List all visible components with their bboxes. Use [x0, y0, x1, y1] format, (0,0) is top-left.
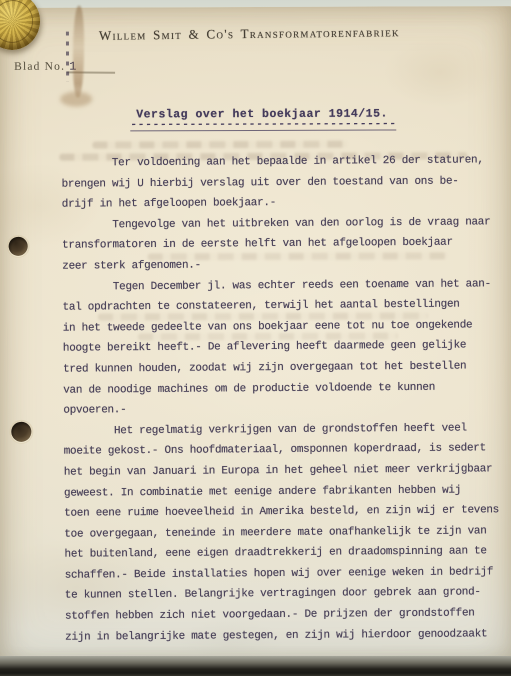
paragraph-2: Tengevolge van het uitbreken van den oor… — [62, 212, 497, 277]
paragraph-3: Tegen December jl. was echter reeds een … — [62, 274, 498, 422]
paragraph-1: Ter voldoening aan het bepaalde in artik… — [61, 150, 496, 215]
ink-bleed-line — [92, 141, 347, 149]
report-title: Verslag over het boekjaar 1914/15. — [136, 108, 396, 122]
blad-label: Blad No. — [14, 61, 65, 73]
body-text: Ter voldoening aan het bepaalde in artik… — [61, 150, 500, 648]
document-photo: Willem Smit & Co's Transformatorenfabrie… — [0, 0, 511, 676]
title-underline: ------------------------------------ — [130, 122, 396, 132]
paper-sheet: Willem Smit & Co's Transformatorenfabrie… — [0, 6, 511, 667]
paragraph-4: Het regelmatig verkrijgen van de grondst… — [63, 418, 500, 648]
punch-hole-bottom — [11, 422, 31, 442]
photo-background-bottom — [0, 656, 511, 676]
ink-dotted-mark — [66, 32, 69, 82]
report-title-block: Verslag over het boekjaar 1914/15. -----… — [136, 108, 397, 132]
stain-streak — [72, 6, 84, 98]
punch-hole-top — [9, 237, 28, 256]
stain-blob — [60, 92, 92, 107]
letterhead: Willem Smit & Co's Transformatorenfabrie… — [99, 24, 400, 44]
